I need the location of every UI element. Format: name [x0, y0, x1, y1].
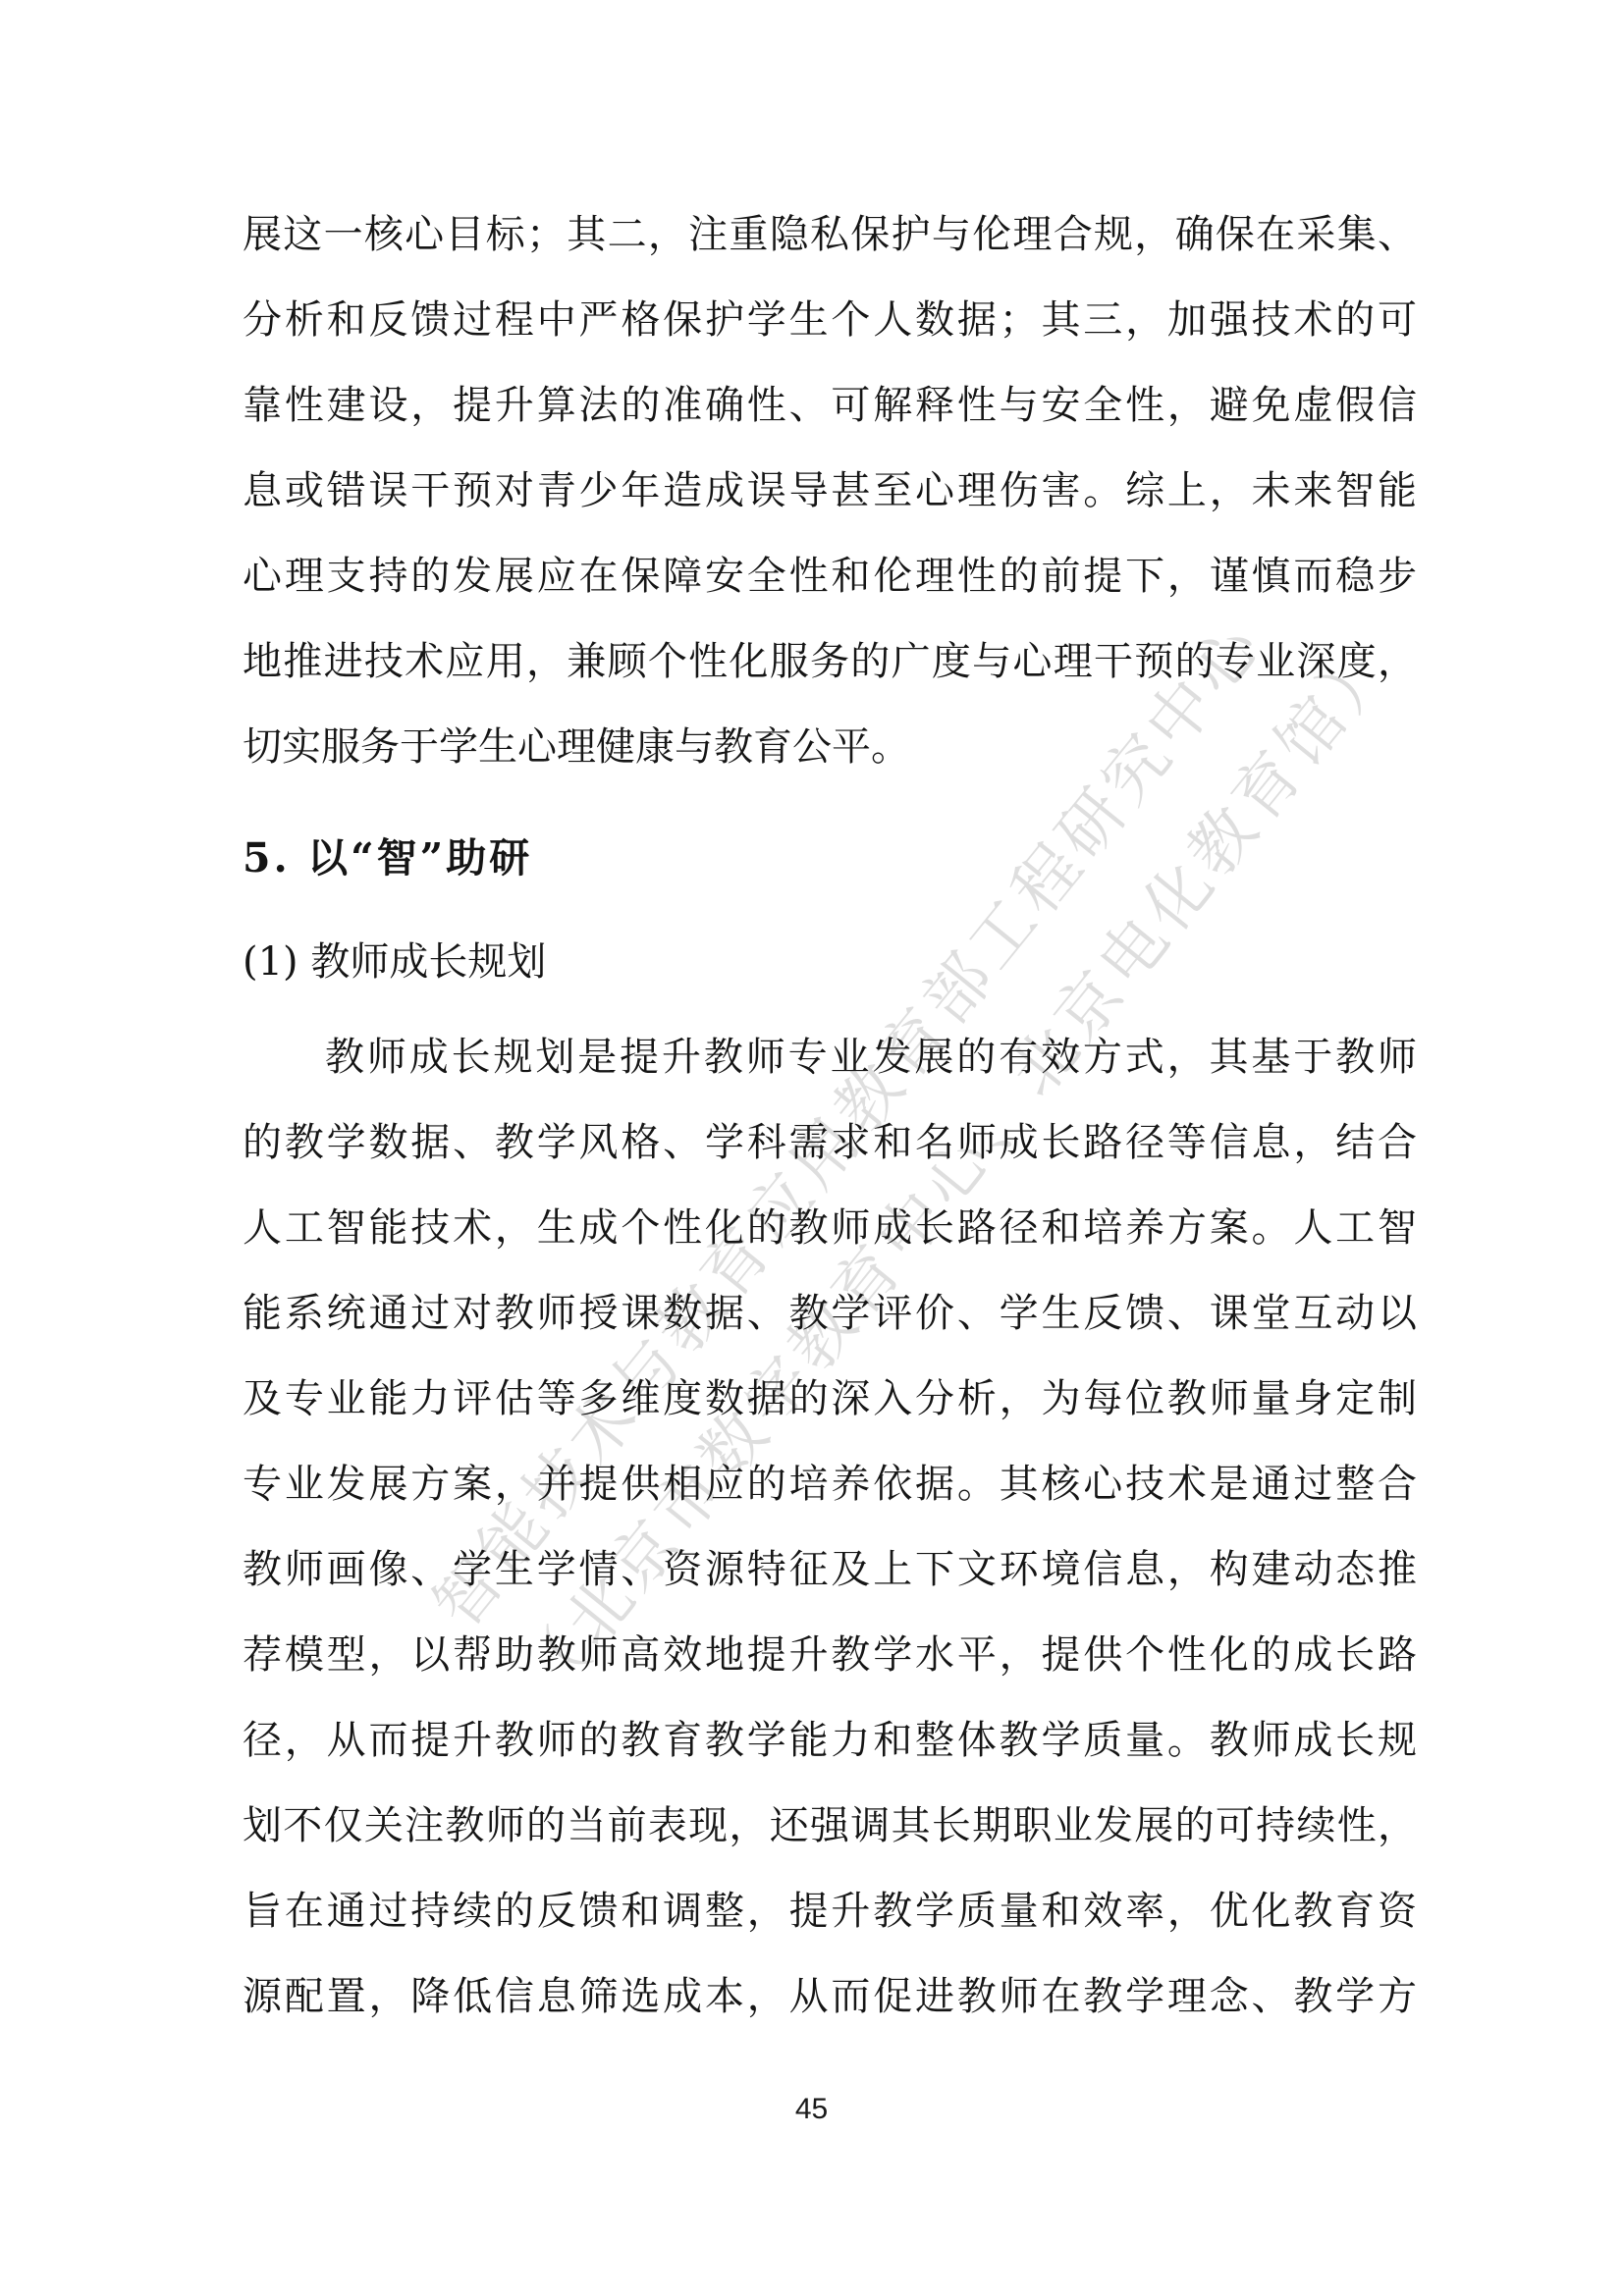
page-content: 展这一核心目标；其二，注重隐私保护与伦理合规，确保在采集、 分析和反馈过程中严格…: [243, 192, 1417, 2040]
paragraph: 教师成长规划是提升教师专业发展的有效方式，其基于教师 的教学数据、教学风格、学科…: [243, 1015, 1417, 2040]
body-line: 息或错误干预对青少年造成误导甚至心理伤害。综上，未来智能: [243, 449, 1417, 534]
body-line: 教师成长规划是提升教师专业发展的有效方式，其基于教师: [243, 1015, 1417, 1100]
body-line: 靠性建设，提升算法的准确性、可解释性与安全性，避免虚假信: [243, 363, 1417, 449]
body-line: 划不仅关注教师的当前表现，还强调其长期职业发展的可持续性，: [243, 1784, 1417, 1869]
body-line: 教师画像、学生学情、资源特征及上下文环境信息，构建动态推: [243, 1527, 1417, 1613]
subsection-heading: (1) 教师成长规划: [243, 920, 1417, 1005]
body-line: 专业发展方案，并提供相应的培养依据。其核心技术是通过整合: [243, 1442, 1417, 1527]
page-number: 45: [0, 2093, 1623, 2126]
body-line: 径，从而提升教师的教育教学能力和整体教学质量。教师成长规: [243, 1698, 1417, 1784]
body-line: 荐模型，以帮助教师高效地提升教学水平，提供个性化的成长路: [243, 1613, 1417, 1698]
body-line: 分析和反馈过程中严格保护学生个人数据；其三，加强技术的可: [243, 278, 1417, 363]
body-line: 人工智能技术，生成个性化的教师成长路径和培养方案。人工智: [243, 1186, 1417, 1271]
paragraph-continued: 展这一核心目标；其二，注重隐私保护与伦理合规，确保在采集、 分析和反馈过程中严格…: [243, 192, 1417, 790]
section-heading: 5. 以“智”助研: [243, 816, 1417, 901]
body-line: 的教学数据、教学风格、学科需求和名师成长路径等信息，结合: [243, 1100, 1417, 1186]
body-line: 心理支持的发展应在保障安全性和伦理性的前提下，谨慎而稳步: [243, 534, 1417, 619]
body-line: 及专业能力评估等多维度数据的深入分析，为每位教师量身定制: [243, 1357, 1417, 1442]
body-line: 地推进技术应用，兼顾个性化服务的广度与心理干预的专业深度，: [243, 619, 1417, 705]
body-line: 展这一核心目标；其二，注重隐私保护与伦理合规，确保在采集、: [243, 192, 1417, 278]
body-line: 能系统通过对教师授课数据、教学评价、学生反馈、课堂互动以: [243, 1271, 1417, 1357]
body-line: 源配置，降低信息筛选成本，从而促进教师在教学理念、教学方: [243, 1954, 1417, 2040]
document-page: 智能技术与教育应用教育部工程研究中心 （北京市数字教育中心、北京电化教育馆） 展…: [0, 0, 1623, 2296]
body-line: 旨在通过持续的反馈和调整，提升教学质量和效率，优化教育资: [243, 1869, 1417, 1954]
body-line: 切实服务于学生心理健康与教育公平。: [243, 705, 1417, 790]
